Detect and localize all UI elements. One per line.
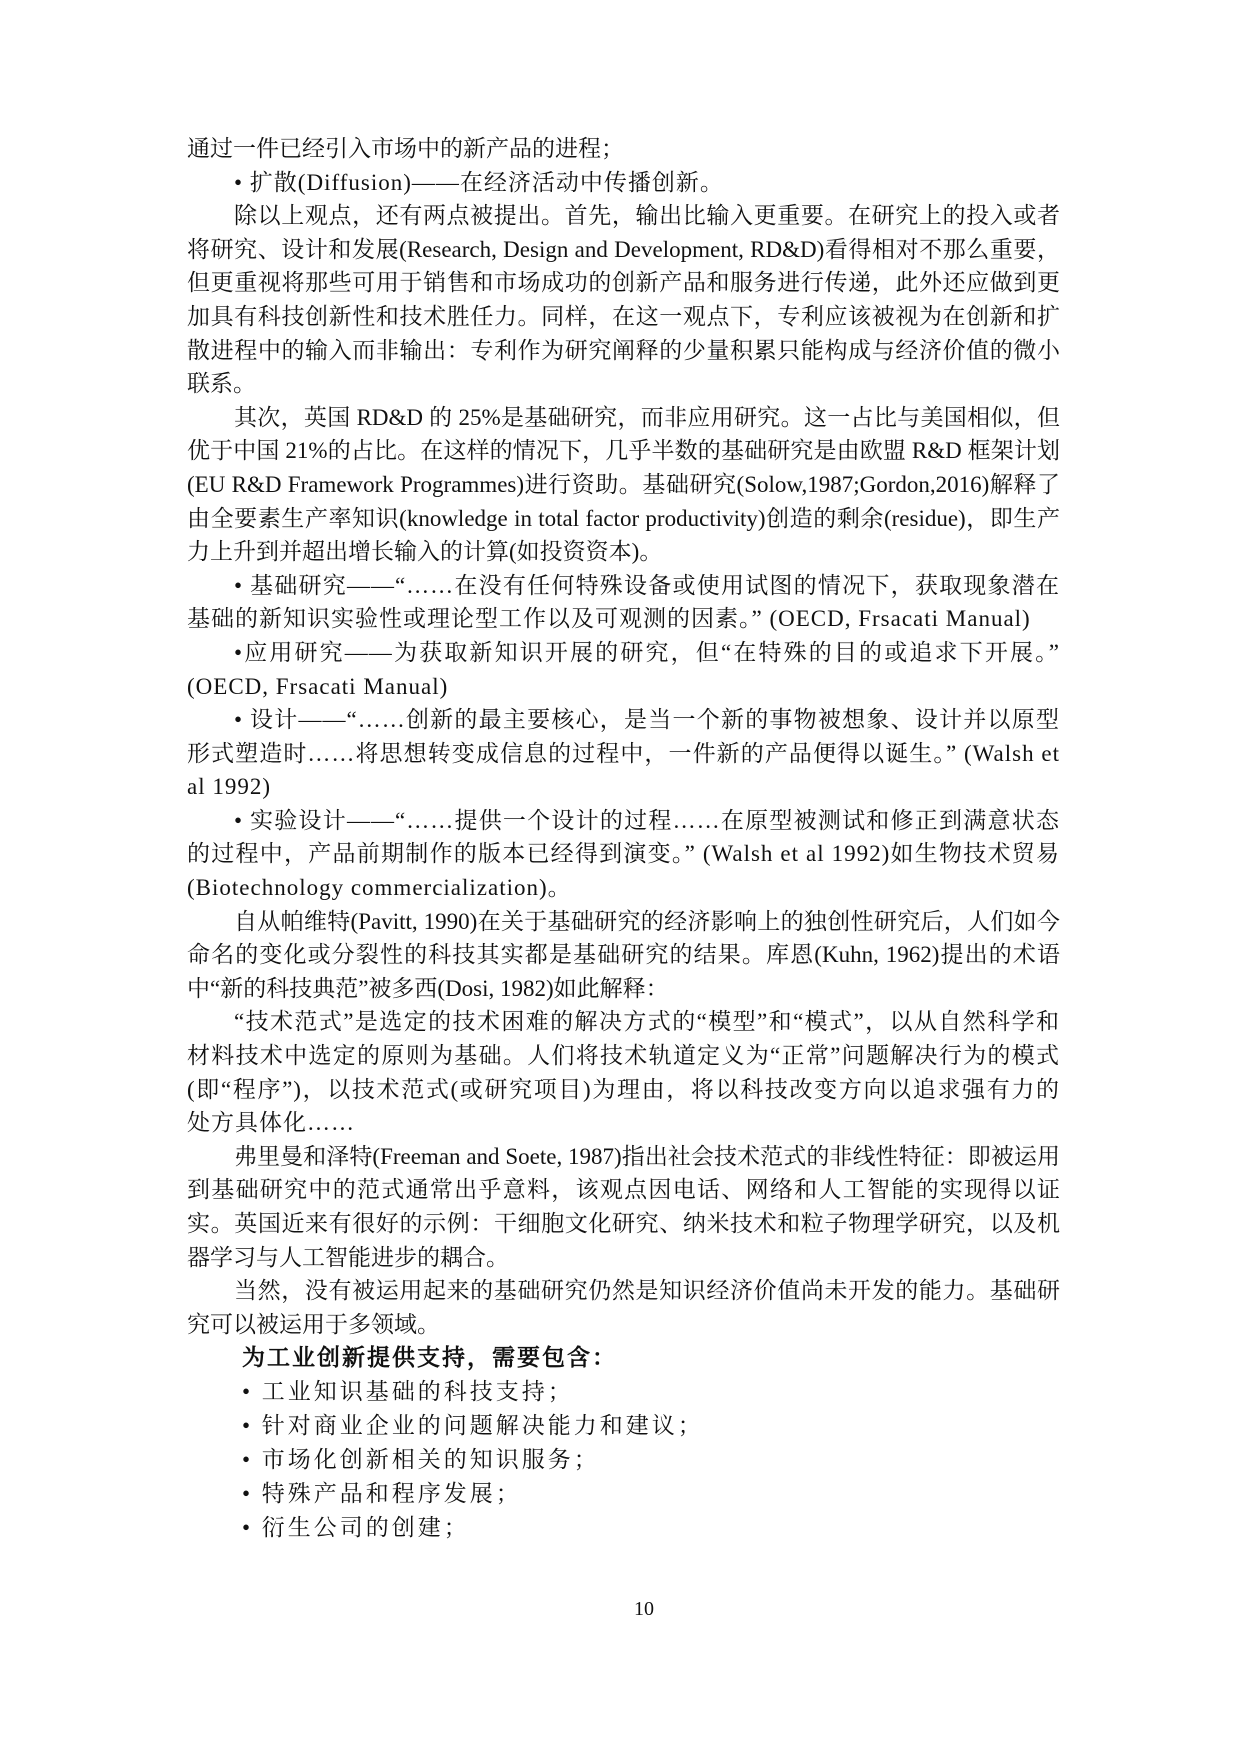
definition-basic-research: • 基础研究——“……在没有任何特殊设备或使用试图的情况下，获取现象潜在基础的新… [187,569,1060,636]
paragraph-unused-research: 当然，没有被运用起来的基础研究仍然是知识经济价值尚未开发的能力。基础研究可以被运… [187,1274,1060,1341]
support-section-heading: 为工业创新提供支持，需要包含： [187,1341,1060,1375]
paragraph-pavitt: 自从帕维特(Pavitt, 1990)在关于基础研究的经济影响上的独创性研究后，… [187,905,1060,1006]
paragraph-output-vs-input: 除以上观点，还有两点被提出。首先，输出比输入更重要。在研究上的投入或者将研究、设… [187,199,1060,401]
paragraph-freeman-soete: 弗里曼和泽特(Freeman and Soete, 1987)指出社会技术范式的… [187,1140,1060,1274]
quote-technological-paradigm: “技术范式”是选定的技术困难的解决方式的“模型”和“模式”，以从自然科学和材料技… [187,1005,1060,1139]
paragraph-basic-research-share: 其次，英国 RD&D 的 25%是基础研究，而非应用研究。这一占比与美国相似，但… [187,401,1060,569]
list-item: • 特殊产品和程序发展； [187,1477,1060,1511]
page-number: 10 [0,1598,1240,1621]
bullet-diffusion: • 扩散(Diffusion)——在经济活动中传播创新。 [187,166,1060,200]
list-item: • 市场化创新相关的知识服务； [187,1443,1060,1477]
definition-applied-research: •应用研究——为获取新知识开展的研究，但“在特殊的目的或追求下开展。” (OEC… [187,636,1060,703]
list-item: • 工业知识基础的科技支持； [187,1375,1060,1409]
list-item: • 针对商业企业的问题解决能力和建议； [187,1409,1060,1443]
definition-experimental-design: • 实验设计——“……提供一个设计的过程……在原型被测试和修正到满意状态的过程中… [187,804,1060,905]
definition-design: • 设计——“……创新的最主要核心，是当一个新的事物被想象、设计并以原型形式塑造… [187,703,1060,804]
paragraph-continuation: 通过一件已经引入市场中的新产品的进程； [187,132,1060,166]
support-list: • 工业知识基础的科技支持； • 针对商业企业的问题解决能力和建议； • 市场化… [187,1375,1060,1545]
list-item: • 衍生公司的创建； [187,1511,1060,1545]
document-page: 通过一件已经引入市场中的新产品的进程； • 扩散(Diffusion)——在经济… [187,132,1060,1545]
